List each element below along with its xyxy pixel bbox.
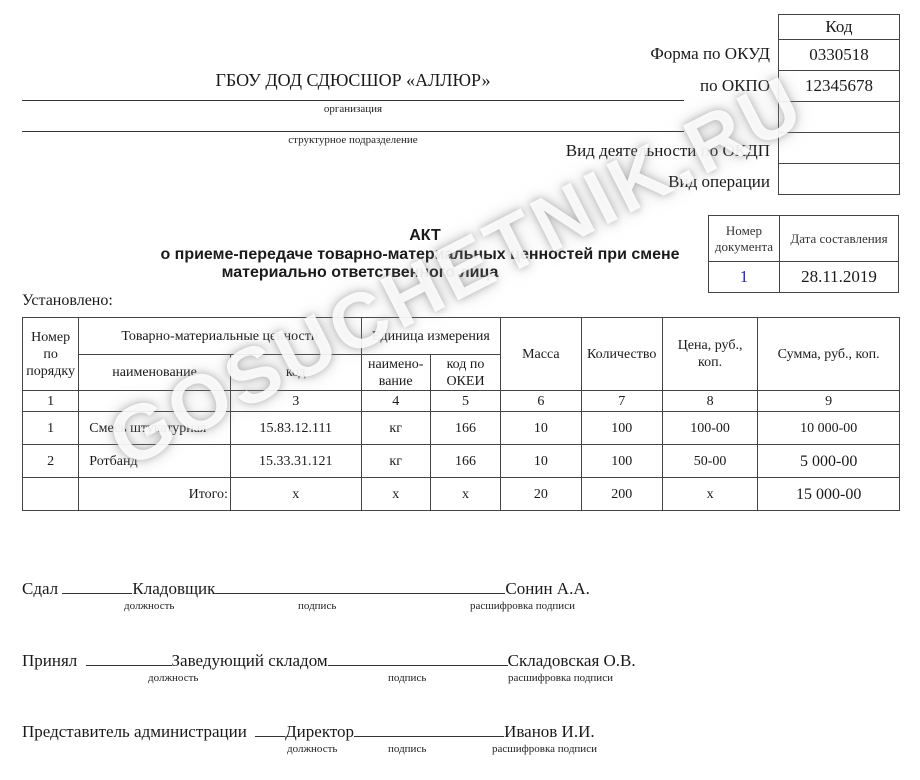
header-name: наименование — [79, 355, 231, 391]
header-sum: Сумма, руб., коп. — [758, 318, 900, 391]
codes-box: Код 0330518 12345678 — [778, 14, 900, 195]
sig-name: Складовская О.В. — [508, 651, 636, 670]
header-row-no: Номер по порядку — [23, 318, 79, 391]
signature-administration: Представитель администрации ДиректорИван… — [22, 722, 595, 742]
header-unit-name: наимено-вание — [361, 355, 430, 391]
okud-label: Форма по ОКУД — [370, 44, 770, 64]
doc-date-label: Дата составления — [780, 216, 899, 262]
signature-handed-over: Сдал КладовщикСонин А.А. — [22, 579, 590, 599]
act-title: АКТ — [140, 226, 710, 245]
sig-position: Кладовщик — [132, 579, 215, 598]
total-sum: 15 000-00 — [758, 478, 900, 511]
codes-header: Код — [779, 15, 900, 40]
caption-decode: расшифровка подписи — [470, 600, 575, 612]
total-qty: 200 — [581, 478, 662, 511]
col-number: 1 — [23, 391, 79, 412]
header-unit-group: Единица измерения — [361, 318, 501, 355]
act-subtitle-line1: о приеме-передаче товарно-материальных ц… — [140, 245, 700, 264]
col-number: 7 — [581, 391, 662, 412]
cell-price: 100-00 — [662, 412, 757, 445]
col-number — [79, 391, 231, 412]
division-caption: структурное подразделение — [22, 134, 684, 146]
total-mass: 20 — [501, 478, 581, 511]
cell-qty: 100 — [581, 412, 662, 445]
caption-position: должность — [148, 672, 198, 684]
organization-name: ГБОУ ДОД СДЮСШОР «АЛЛЮР» — [22, 70, 684, 91]
total-okei: х — [430, 478, 500, 511]
total-price: х — [662, 478, 757, 511]
cell-name: Ротбанд — [79, 445, 231, 478]
doc-number-label: Номер документа — [709, 216, 780, 262]
cell-empty — [23, 478, 79, 511]
caption-decode: расшифровка подписи — [492, 743, 597, 755]
sig-role: Принял — [22, 651, 77, 670]
header-goods-group: Товарно-материальные ценности — [79, 318, 361, 355]
cell-price: 50-00 — [662, 445, 757, 478]
cell-okei: 166 — [430, 445, 500, 478]
header-qty: Количество — [581, 318, 662, 391]
caption-signature: подпись — [388, 743, 426, 755]
col-number: 9 — [758, 391, 900, 412]
caption-signature: подпись — [388, 672, 426, 684]
column-numbers-row: 1 3 4 5 6 7 8 9 — [23, 391, 900, 412]
cell-sum: 10 000-00 — [758, 412, 900, 445]
col-number: 4 — [361, 391, 430, 412]
header-okei: код по ОКЕИ — [430, 355, 500, 391]
doc-number-value: 1 — [709, 262, 780, 293]
cell-code: 15.83.12.111 — [230, 412, 361, 445]
okud-value: 0330518 — [779, 40, 900, 71]
sig-role: Представитель администрации — [22, 722, 247, 741]
col-number: 6 — [501, 391, 581, 412]
document-info-box: Номер документа Дата составления 1 28.11… — [708, 215, 899, 293]
okpo-value: 12345678 — [779, 71, 900, 102]
header-code: код — [230, 355, 361, 391]
operation-label: Вид операции — [370, 172, 770, 192]
established-label: Установлено: — [22, 292, 113, 310]
cell-sum: 5 000-00 — [758, 445, 900, 478]
sig-name: Иванов И.И. — [504, 722, 595, 741]
organization-caption: организация — [22, 103, 684, 115]
cell-unit: кг — [361, 445, 430, 478]
sig-position: Заведующий складом — [172, 651, 328, 670]
cell-name: Смесь штукатурная — [79, 412, 231, 445]
total-label: Итого: — [79, 478, 231, 511]
cell-unit: кг — [361, 412, 430, 445]
sig-name: Сонин А.А. — [505, 579, 589, 598]
caption-position: должность — [287, 743, 337, 755]
caption-decode: расшифровка подписи — [508, 672, 613, 684]
cell-no: 1 — [23, 412, 79, 445]
table-row: 2 Ротбанд 15.33.31.121 кг 166 10 100 50-… — [23, 445, 900, 478]
cell-code: 15.33.31.121 — [230, 445, 361, 478]
total-row: Итого: х х х 20 200 х 15 000-00 — [23, 478, 900, 511]
col-number: 3 — [230, 391, 361, 412]
sig-role: Сдал — [22, 579, 58, 598]
cell-qty: 100 — [581, 445, 662, 478]
total-unit: х — [361, 478, 430, 511]
caption-position: должность — [124, 600, 174, 612]
caption-signature: подпись — [298, 600, 336, 612]
cell-mass: 10 — [501, 445, 581, 478]
table-row: 1 Смесь штукатурная 15.83.12.111 кг 166 … — [23, 412, 900, 445]
goods-table: Номер по порядку Товарно-материальные це… — [22, 317, 900, 511]
doc-date-value: 28.11.2019 — [780, 262, 899, 293]
header-mass: Масса — [501, 318, 581, 391]
cell-no: 2 — [23, 445, 79, 478]
total-code: х — [230, 478, 361, 511]
act-subtitle-line2: материально ответственного лица — [140, 263, 580, 282]
sig-position: Директор — [285, 722, 354, 741]
code-empty-cell — [779, 102, 900, 133]
header-price: Цена, руб., коп. — [662, 318, 757, 391]
signature-received: Принял Заведующий складомСкладовская О.В… — [22, 651, 636, 671]
col-number: 8 — [662, 391, 757, 412]
okdp-value — [779, 133, 900, 164]
cell-okei: 166 — [430, 412, 500, 445]
operation-value — [779, 164, 900, 195]
cell-mass: 10 — [501, 412, 581, 445]
division-line — [22, 131, 684, 132]
col-number: 5 — [430, 391, 500, 412]
organization-line — [22, 100, 684, 101]
